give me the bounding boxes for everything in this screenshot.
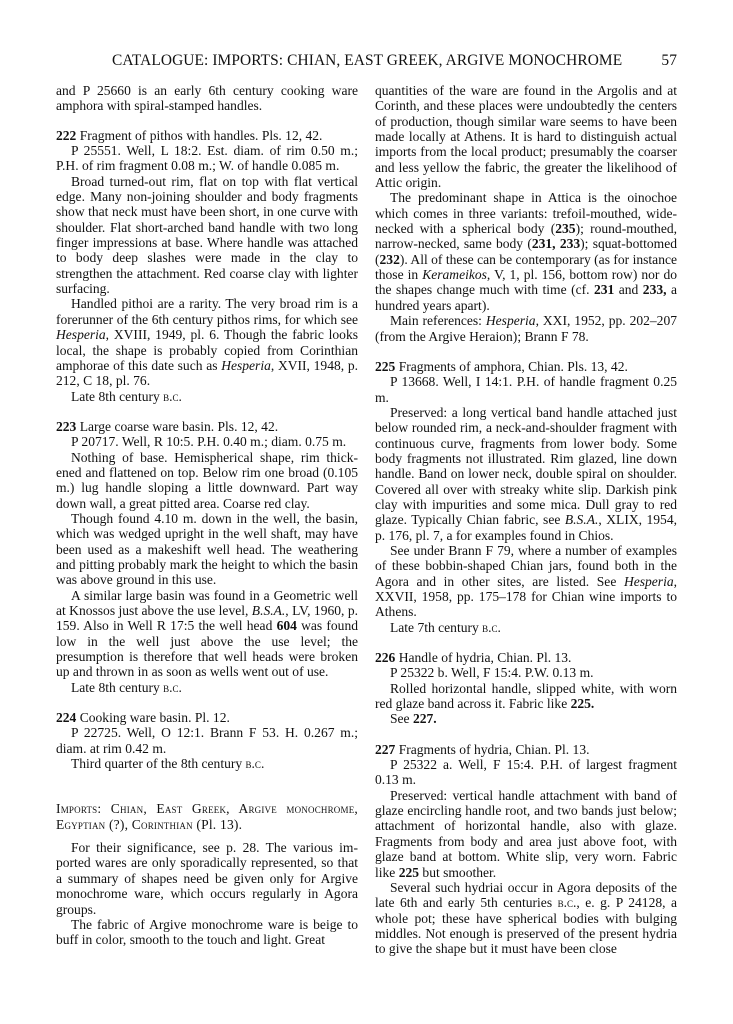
catalogue-entry-226: 226 Handle of hydria, Chian. Pl. 13. P 2… bbox=[375, 650, 677, 727]
date-era: b.c. bbox=[482, 620, 501, 635]
text-run: Preserved: a long vertical band handle a… bbox=[375, 405, 677, 527]
entry-heading: 223 Large coarse ware basin. Pls. 12, 42… bbox=[56, 419, 358, 434]
date-era: b.c. bbox=[163, 680, 182, 695]
journal-ref: B.S.A. bbox=[252, 603, 285, 618]
continuation-text: quantities of the ware are found in the … bbox=[375, 83, 677, 190]
cross-ref-number: 225 bbox=[399, 865, 419, 880]
running-title: CATALOGUE: IMPORTS: CHIAN, EAST GREEK, A… bbox=[112, 52, 622, 70]
right-column: quantities of the ware are found in the … bbox=[375, 83, 677, 957]
journal-ref: Hesperia bbox=[56, 327, 106, 342]
entry-inventory: P 20717. Well, R 10:5. P.H. 0.40 m.; dia… bbox=[56, 434, 358, 449]
text-run: Main references: bbox=[390, 313, 486, 328]
cross-ref-number: 232 bbox=[380, 252, 400, 267]
entry-heading: 224 Cooking ware basin. Pl. 12. bbox=[56, 710, 358, 725]
cross-ref-number: 233, bbox=[643, 282, 667, 297]
entry-date: Late 7th century b.c. bbox=[375, 620, 677, 635]
entry-heading: 226 Handle of hydria, Chian. Pl. 13. bbox=[375, 650, 677, 665]
entry-number: 227 bbox=[375, 742, 395, 757]
entry-heading: 222 Fragment of pithos with handles. Pls… bbox=[56, 128, 358, 143]
entry-title: Handle of hydria, Chian. Pl. 13. bbox=[399, 650, 572, 665]
entry-title: Large coarse ware basin. Pls. 12, 42. bbox=[80, 419, 278, 434]
cross-ref-number: 235 bbox=[555, 221, 575, 236]
cross-ref-number: 604 bbox=[277, 618, 297, 633]
text-run: Rolled horizontal handle, slipped white,… bbox=[375, 681, 677, 711]
entry-discussion: Though found 4.10 m. down in the well, t… bbox=[56, 511, 358, 588]
cross-ref-number: 225. bbox=[571, 696, 595, 711]
section-heading-plates: (Pl. 13). bbox=[193, 817, 242, 832]
entry-inventory: P 25551. Well, L 18:2. Est. diam. of rim… bbox=[56, 143, 358, 174]
date-era: b.c. bbox=[163, 389, 182, 404]
entry-heading: 225 Fragments of amphora, Chian. Pls. 13… bbox=[375, 359, 677, 374]
entry-number: 226 bbox=[375, 650, 395, 665]
left-column: and P 25660 is an early 6th century cook… bbox=[56, 83, 358, 948]
cross-ref-number: 231, 233 bbox=[532, 236, 580, 251]
catalogue-entry-225: 225 Fragments of amphora, Chian. Pls. 13… bbox=[375, 359, 677, 635]
text-run: See bbox=[390, 711, 413, 726]
catalogue-entry-223: 223 Large coarse ware basin. Pls. 12, 42… bbox=[56, 419, 358, 695]
section-heading: Imports: Chian, East Greek, Argive monoc… bbox=[56, 801, 358, 832]
journal-ref: Hesperia bbox=[486, 313, 536, 328]
entry-number: 222 bbox=[56, 128, 76, 143]
date-text: Third quarter of the 8th century bbox=[71, 756, 246, 771]
continuation-text: and P 25660 is an early 6th century cook… bbox=[56, 83, 358, 114]
section-paragraph: The fabric of Argive monochrome ware is … bbox=[56, 917, 358, 948]
entry-description: Broad turned-out rim, flat on top with f… bbox=[56, 174, 358, 297]
page-number: 57 bbox=[661, 52, 677, 70]
catalogue-entry-224: 224 Cooking ware basin. Pl. 12. P 22725.… bbox=[56, 710, 358, 771]
entry-discussion: Several such hydriai occur in Agora depo… bbox=[375, 880, 677, 957]
text-run: Handled pithoi are a rarity. The very br… bbox=[56, 296, 358, 326]
entry-title: Fragments of hydria, Chian. Pl. 13. bbox=[399, 742, 590, 757]
running-header: CATALOGUE: IMPORTS: CHIAN, EAST GREEK, A… bbox=[112, 52, 677, 70]
entry-title: Fragments of amphora, Chian. Pls. 13, 42… bbox=[399, 359, 628, 374]
entry-number: 225 bbox=[375, 359, 395, 374]
entry-number: 223 bbox=[56, 419, 76, 434]
cross-ref-number: 231 bbox=[594, 282, 614, 297]
catalogue-entry-227: 227 Fragments of hydria, Chian. Pl. 13. … bbox=[375, 742, 677, 957]
cross-ref-number: 227. bbox=[413, 711, 437, 726]
entry-discussion: Handled pithoi are a rarity. The very br… bbox=[56, 296, 358, 388]
date-era: b.c. bbox=[558, 895, 577, 910]
entry-title: Fragment of pithos with handles. Pls. 12… bbox=[80, 128, 323, 143]
entry-inventory: P 25322 a. Well, F 15:4. P.H. of largest… bbox=[375, 757, 677, 788]
entry-date: Late 8th century b.c. bbox=[56, 680, 358, 695]
date-text: Late 8th century bbox=[71, 680, 163, 695]
entry-description: Preserved: vertical handle attachment wi… bbox=[375, 788, 677, 880]
catalogue-entry-222: 222 Fragment of pithos with handles. Pls… bbox=[56, 128, 358, 404]
entry-inventory: P 13668. Well, I 14:1. P.H. of handle fr… bbox=[375, 374, 677, 405]
journal-ref: Hesperia bbox=[221, 358, 271, 373]
section-paragraph: For their significance, see p. 28. The v… bbox=[56, 840, 358, 917]
journal-ref: Hesperia bbox=[624, 574, 674, 589]
date-text: Late 8th century bbox=[71, 389, 163, 404]
entry-date: Late 8th century b.c. bbox=[56, 389, 358, 404]
entry-see-also: See 227. bbox=[375, 711, 677, 726]
entry-date: Third quarter of the 8th century b.c. bbox=[56, 756, 358, 771]
journal-ref: Kerameikos bbox=[422, 267, 487, 282]
entry-inventory: P 25322 b. Well, F 15:4. P.W. 0.13 m. bbox=[375, 665, 677, 680]
date-text: Late 7th century bbox=[390, 620, 482, 635]
date-era: b.c. bbox=[246, 756, 265, 771]
text-run: but smoother. bbox=[419, 865, 496, 880]
references-paragraph: Main references: Hesperia, XXI, 1952, pp… bbox=[375, 313, 677, 344]
entry-heading: 227 Fragments of hydria, Chian. Pl. 13. bbox=[375, 742, 677, 757]
entry-discussion: See under Brann F 79, where a number of … bbox=[375, 543, 677, 620]
entry-description: Preserved: a long vertical band handle a… bbox=[375, 405, 677, 543]
entry-description: Rolled horizontal handle, slipped white,… bbox=[375, 681, 677, 712]
entry-title: Cooking ware basin. Pl. 12. bbox=[80, 710, 230, 725]
entry-description: Nothing of base. Hemispherical shape, ri… bbox=[56, 450, 358, 511]
entry-number: 224 bbox=[56, 710, 76, 725]
text-run: and bbox=[614, 282, 643, 297]
journal-ref: B.S.A. bbox=[565, 512, 598, 527]
entry-inventory: P 22725. Well, O 12:1. Brann F 53. H. 0.… bbox=[56, 725, 358, 756]
entry-discussion-2: A similar large basin was found in a Geo… bbox=[56, 588, 358, 680]
shapes-paragraph: The predominant shape in Attica is the o… bbox=[375, 190, 677, 313]
